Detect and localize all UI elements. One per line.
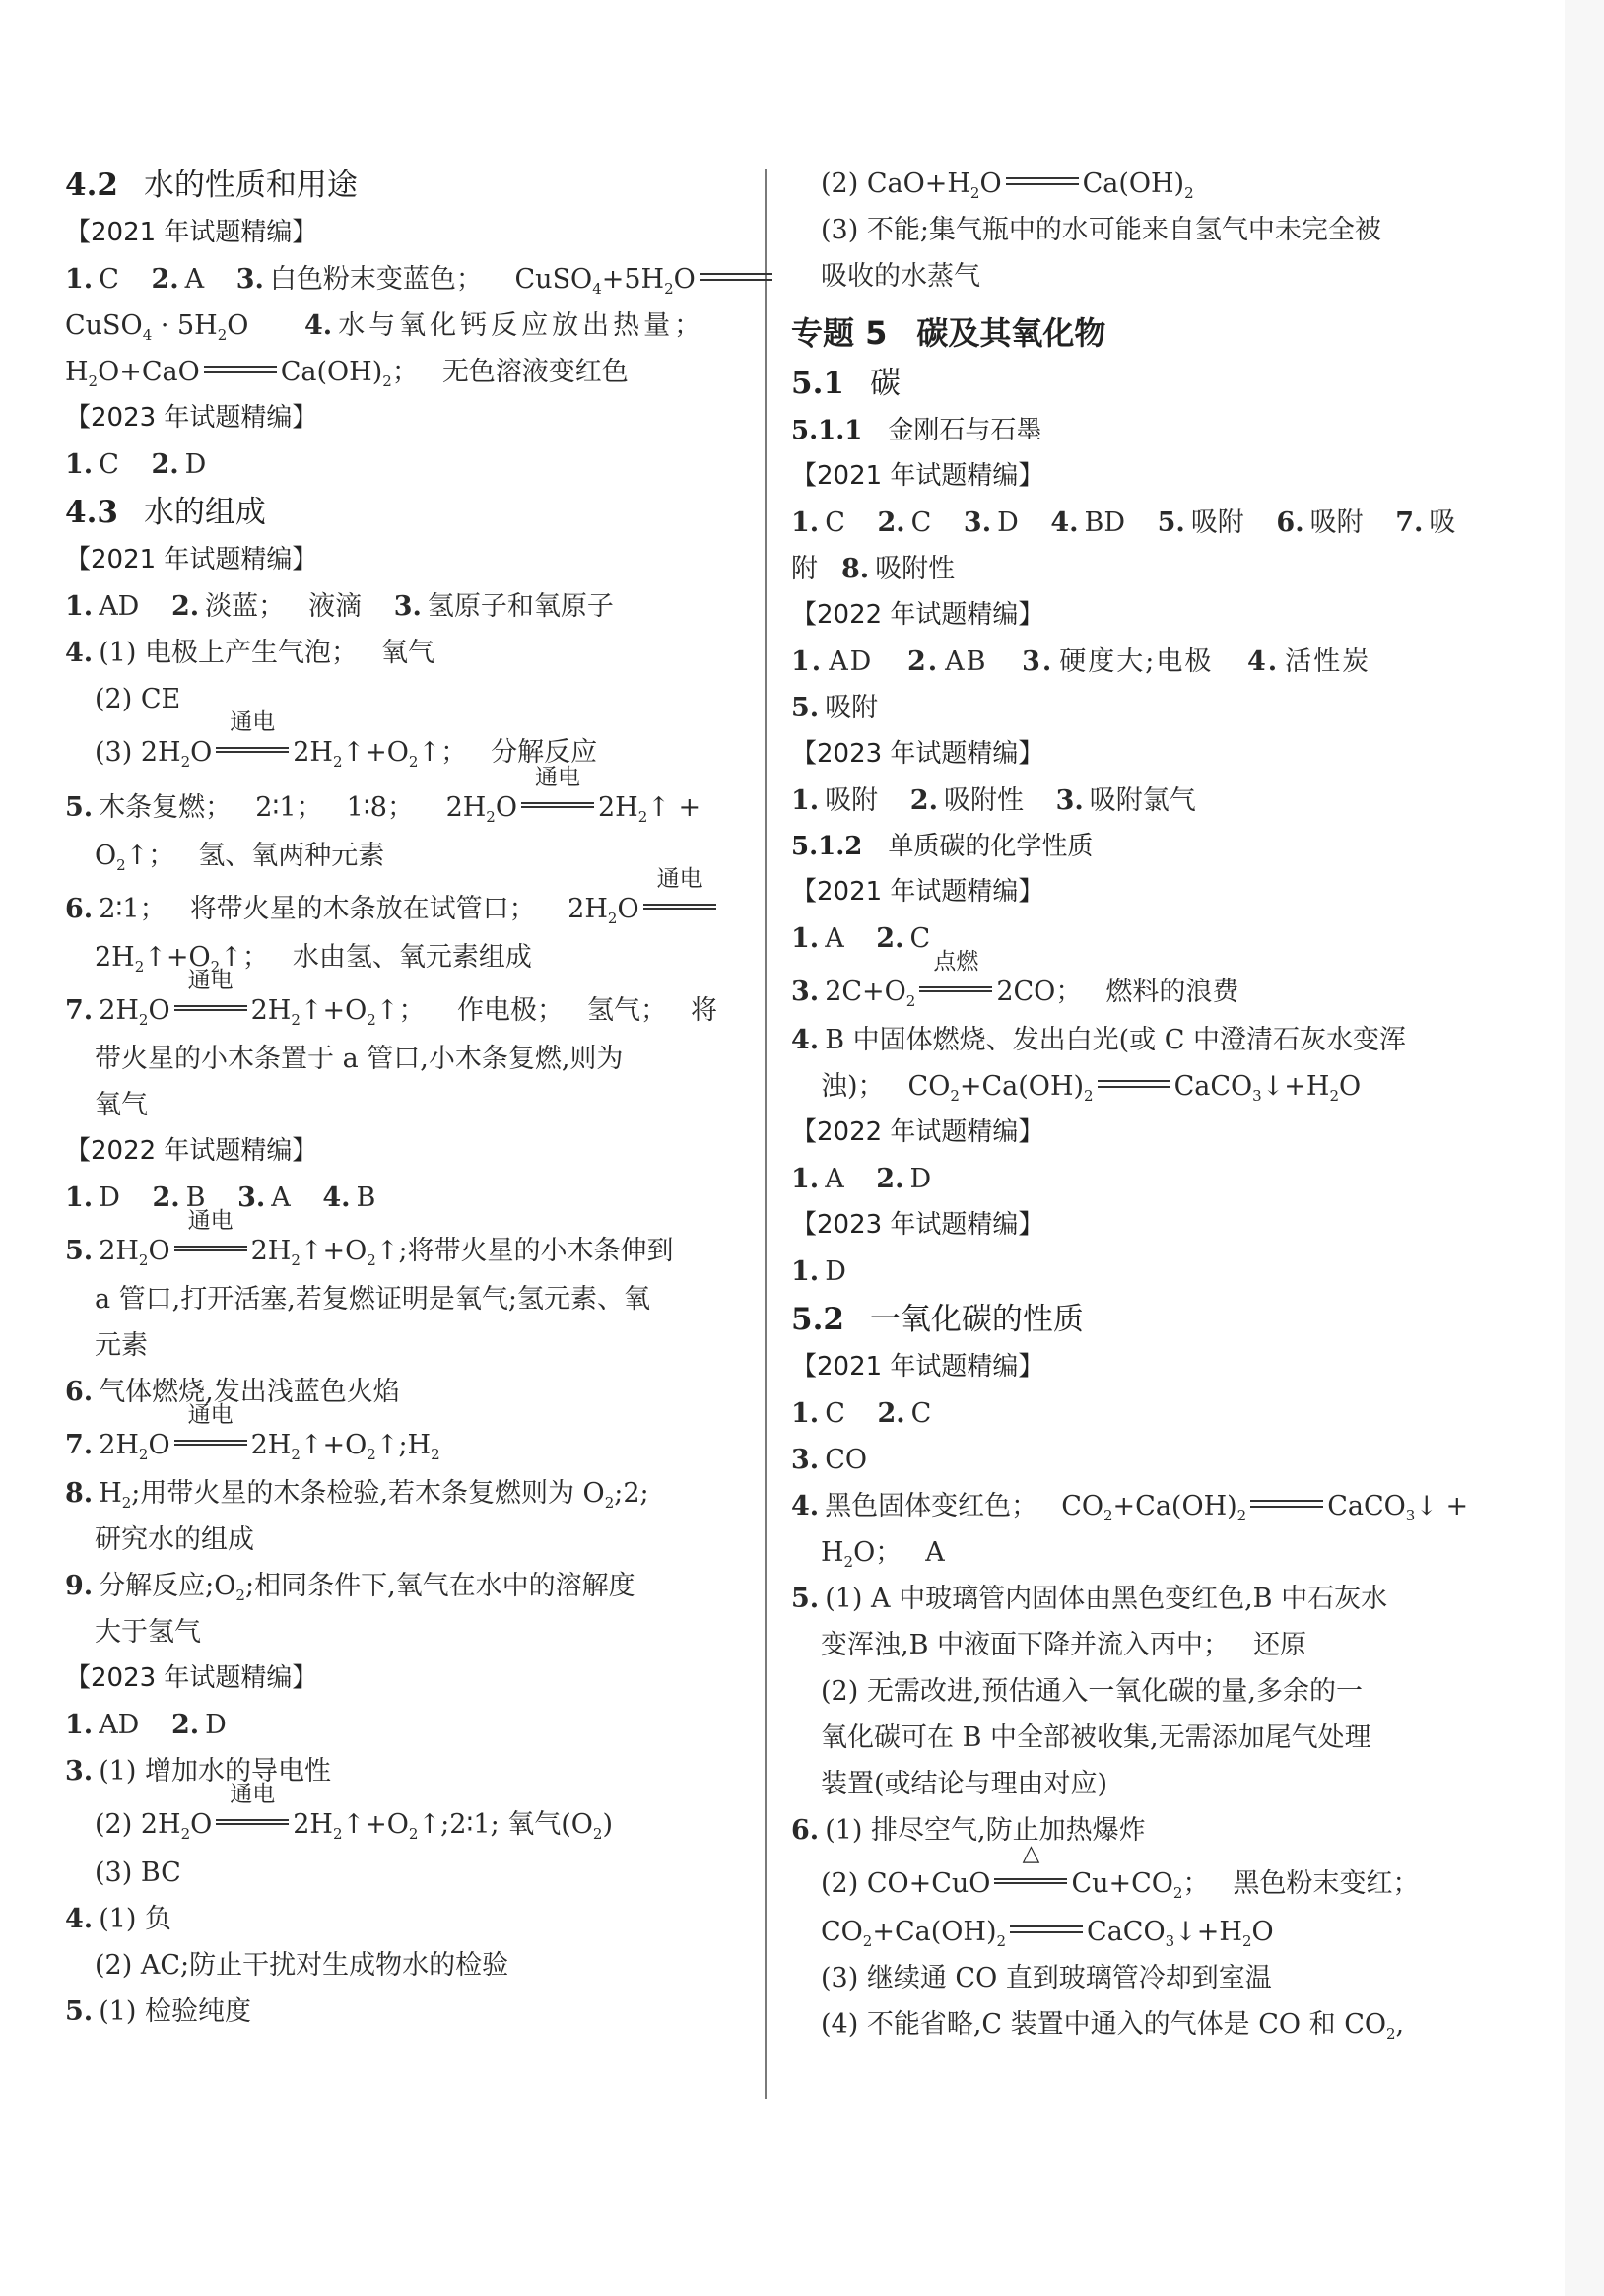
equals-bar (994, 1878, 1067, 1884)
answer-line: 1.AD 2.淡蓝；液滴 3.氢原子和氧原子 (65, 583, 735, 630)
subscript: 2 (605, 1494, 615, 1512)
answer-text: 2CO； (996, 977, 1082, 1007)
answer-text: 黑色固体变红色； (825, 1491, 1037, 1521)
answer-text: 专题 5 (791, 314, 887, 352)
question-number: 3. (964, 507, 991, 538)
question-number: 2. (910, 785, 938, 816)
answer-text: D (997, 507, 1019, 538)
subscript: 3 (1166, 1932, 1175, 1950)
answer-line: 1.C 2.D (65, 441, 735, 488)
answer-text: CO (821, 1917, 863, 1947)
answer-text: 2H (99, 995, 139, 1026)
answer-text: 氢原子和氧原子 (428, 591, 614, 622)
answer-text: 吸附 (1310, 507, 1364, 538)
answer-text: 2H (99, 1430, 139, 1460)
question-number: 2. (171, 1710, 199, 1740)
question-number: 5. (65, 1236, 93, 1266)
section-heading-4-2: 4.2水的性质和用途 (65, 161, 735, 210)
question-number: 6. (65, 1377, 93, 1407)
question-number: 8. (841, 554, 869, 584)
question-number: 1. (791, 785, 819, 816)
answer-text: O (979, 169, 1001, 199)
answer-text: 碳 (870, 366, 901, 401)
answer-text: 变浑浊,B 中液面下降并流入丙中； (821, 1630, 1230, 1660)
equals-bar (919, 986, 992, 992)
answer-text: (1) A 中玻璃管内固体由黑色变红色,B 中石灰水 (825, 1584, 1387, 1614)
answer-text: 吸附 (1191, 507, 1244, 538)
answer-text: 点燃 (919, 949, 992, 975)
answer-line: (3) BC (65, 1850, 735, 1896)
question-number: 1. (65, 1710, 93, 1740)
answer-text: (3) 2H (95, 737, 181, 768)
equation-line: 3.2C+O2点燃2CO；燃料的浪费 (791, 962, 1461, 1017)
equals-bar (204, 366, 277, 373)
answer-text: +Ca(OH) (872, 1917, 996, 1947)
reaction-condition: 通电 (643, 896, 716, 915)
answer-line: H2O+CaOCa(OH)2；无色溶液变红色 (65, 349, 735, 395)
answer-text: CuSO (515, 264, 593, 295)
answer-text: CO (908, 1071, 951, 1102)
reaction-condition: △ (994, 1870, 1067, 1890)
answer-text: 2∶1； (99, 894, 166, 924)
question-number: 3. (394, 591, 422, 622)
question-number: 5. (1158, 507, 1185, 538)
answer-text: 氢、氧两种元素 (198, 841, 384, 871)
answer-text: 4.2 (65, 168, 118, 203)
answer-line: 1.AD 2.D (65, 1702, 735, 1748)
answer-line: 1.吸附 2.吸附性 3.吸附氯气 (791, 777, 1461, 824)
answer-line: 4.(1) 电极上产生气泡；氧气 (65, 630, 735, 676)
answer-text: 水与氧化钙反应放出热量； (338, 310, 704, 341)
answer-text: ↑； (376, 995, 426, 1026)
answer-text: C (911, 507, 932, 538)
answer-line: 元素 (65, 1322, 735, 1369)
question-number: 4. (1050, 507, 1078, 538)
question-number: 2. (151, 264, 178, 295)
subscript: 2 (181, 1825, 191, 1843)
answer-line: 9.分解反应;O2;相同条件下,氧气在水中的溶解度 (65, 1563, 735, 1609)
equals-bar (1098, 1080, 1170, 1088)
answer-text: (2) 2H (95, 1809, 181, 1840)
subscript: 2 (1237, 1507, 1247, 1524)
year-label: 【2022 年试题精编】 (65, 1128, 735, 1175)
subscript: 4 (143, 326, 153, 344)
answer-text: (1) 电极上产生气泡； (99, 638, 358, 668)
subscript: 2 (382, 372, 392, 390)
answer-text: 通电 (174, 968, 247, 993)
answer-text: 无色溶液变红色 (442, 357, 629, 387)
answer-line: 1.A 2.D (791, 1156, 1461, 1202)
answer-line: H2O；A (791, 1529, 1461, 1576)
answer-text: C (911, 1398, 932, 1429)
answer-text: B 中固体燃烧、发出白光(或 C 中澄清石灰水变浑 (825, 1025, 1406, 1055)
question-number: 3. (791, 977, 819, 1007)
answer-text: 5.1.2 (791, 832, 862, 861)
answer-text: 还原 (1253, 1630, 1306, 1660)
question-number: 1. (791, 507, 819, 538)
question-number: 3. (1056, 785, 1084, 816)
question-number: 2. (151, 449, 178, 480)
answer-text: 作电极； (457, 995, 564, 1026)
answer-line: 氧化碳可在 B 中全部被收集,无需添加尾气处理 (791, 1715, 1461, 1761)
answer-line: (3) 不能;集气瓶中的水可能来自氢气中未完全被 (791, 207, 1461, 253)
answer-text: CaCO (1327, 1491, 1406, 1521)
subscript: 2 (135, 958, 145, 976)
answer-text: 将带火星的木条放在试管口； (190, 894, 536, 924)
question-number: 5. (791, 693, 819, 723)
subsection-heading-5-1-2: 5.1.2单质碳的化学性质 (791, 824, 1461, 869)
subscript: 2 (291, 1251, 301, 1269)
answer-line: 5.(1) 检验纯度 (65, 1989, 735, 2035)
answer-text: ↑+O (343, 1809, 409, 1840)
reaction-condition: 通电 (521, 794, 594, 814)
answer-line: 4.B 中固体燃烧、发出白光(或 C 中澄清石灰水变浑 (791, 1017, 1461, 1063)
answer-text: ↓ + (1415, 1491, 1468, 1521)
answer-text: ↑+O (301, 1236, 367, 1266)
answer-line: 3.(1) 增加水的导电性 (65, 1748, 735, 1794)
answer-text: (4) 不能省略,C 装置中通入的气体是 CO 和 CO (821, 2009, 1386, 2040)
answer-line: 3.CO (791, 1437, 1461, 1483)
question-number: 2. (171, 591, 199, 622)
answer-text: O (617, 894, 638, 924)
answer-text: (1) 检验纯度 (99, 1996, 251, 2027)
equation-line: 6.2∶1；将带火星的木条放在试管口； 2H2O通电 (65, 879, 735, 934)
answer-text: CuSO (65, 310, 143, 341)
equation-line: CO2+Ca(OH)2CaCO3↓+H2O (791, 1909, 1461, 1955)
answer-text: A (271, 1182, 291, 1213)
answer-line: 1.D 2.B 3.A 4.B (65, 1175, 735, 1221)
question-number: 4. (791, 1491, 819, 1521)
answer-text: +Ca(OH) (1113, 1491, 1237, 1521)
answer-text: 2H (251, 995, 292, 1026)
answer-text: CO (825, 1445, 867, 1475)
year-label: 【2021 年试题精编】 (65, 537, 735, 583)
answer-text: (2) CO+CuO (821, 1868, 990, 1899)
question-number: 2. (876, 923, 903, 954)
question-number: 7. (65, 1430, 93, 1460)
answer-text: (1) 增加水的导电性 (99, 1756, 331, 1787)
answer-text: D (99, 1182, 120, 1213)
answer-text: 2H (251, 1430, 292, 1460)
question-number: 5. (65, 792, 93, 823)
subscript: 2 (970, 184, 980, 202)
answer-text: 硬度大;电极 (1059, 646, 1213, 677)
subscript: 2 (1103, 1507, 1113, 1524)
answer-text: +Ca(OH) (960, 1071, 1084, 1102)
question-number: 5. (791, 1584, 819, 1614)
subscript: 2 (844, 1553, 854, 1571)
question-number: 4. (65, 638, 93, 668)
answer-line: 带火星的小木条置于 a 管口,小木条复燃,则为 (65, 1036, 735, 1082)
answer-line: a 管口,打开活塞,若复燃证明是氧气;氢元素、氧 (65, 1276, 735, 1322)
answer-text: A (825, 1164, 844, 1194)
question-number: 1. (791, 1164, 819, 1194)
equals-bar (521, 802, 594, 808)
answer-text: 通电 (216, 709, 289, 735)
answer-text: ； (392, 357, 419, 387)
answer-text: 通电 (521, 765, 594, 790)
subscript: 2 (218, 326, 228, 344)
answer-line: (2) 无需改进,预估通入一氧化碳的量,多余的一 (791, 1668, 1461, 1715)
question-number: 2. (877, 1398, 904, 1429)
answer-text: A (925, 1537, 945, 1568)
chapter-heading: 专题 5碳及其氧化物 (791, 307, 1461, 359)
answer-text: AB (945, 646, 987, 677)
answer-text: 4.3 (65, 495, 118, 530)
answer-text: Ca(OH) (1083, 169, 1185, 199)
answer-text: ↓+H (1262, 1071, 1330, 1102)
answer-line: 氧气 (65, 1082, 735, 1128)
subscript: 2 (638, 808, 648, 826)
equation-line: 7.2H2O通电2H2↑+O2↑;H2 (65, 1415, 735, 1470)
question-number: 4. (1247, 646, 1279, 677)
subscript: 2 (664, 280, 674, 298)
subscript: 2 (367, 1446, 376, 1463)
answer-text: ↑;H (376, 1430, 431, 1460)
answer-text: 碳及其氧化物 (916, 314, 1105, 352)
equals-bar (1010, 1925, 1083, 1933)
subscript: 3 (1252, 1087, 1262, 1105)
answer-line: O2↑；氢、氧两种元素 (65, 833, 735, 879)
reaction-condition: 通电 (174, 997, 247, 1017)
subscript: 2 (1084, 1087, 1094, 1105)
answer-text: O (148, 1430, 169, 1460)
section-heading-5-2: 5.2一氧化碳的性质 (791, 1295, 1461, 1344)
answer-text: 5.1 (791, 366, 844, 401)
equals-bar (700, 273, 772, 281)
subscript: 2 (367, 1251, 376, 1269)
subscript: 2 (235, 1587, 245, 1604)
answer-text: O； (853, 1537, 902, 1568)
answer-text: ↑； (418, 737, 467, 768)
answer-text: (2) CaO+H (821, 169, 970, 199)
right-column: (2) CaO+H2OCa(OH)2 (3) 不能;集气瓶中的水可能来自氢气中未… (791, 161, 1461, 2048)
answer-line: 1.C 2.C (791, 1390, 1461, 1437)
answer-text: D (185, 449, 207, 480)
equals-bar (1006, 177, 1079, 185)
year-label: 【2023 年试题精编】 (65, 1655, 735, 1702)
year-label: 【2021 年试题精编】 (791, 453, 1461, 500)
answer-text: 单质碳的化学性质 (888, 832, 1093, 861)
answer-text: 气体燃烧,发出浅蓝色火焰 (99, 1377, 400, 1407)
equals-bar (174, 1005, 247, 1011)
subscript: 2 (333, 753, 343, 771)
question-number: 3. (1022, 646, 1053, 677)
answer-text: D (205, 1710, 227, 1740)
answer-text: 通电 (643, 866, 716, 892)
answer-text: 淡蓝； (205, 591, 285, 622)
answer-line: CuSO4 · 5H2O 4.水与氧化钙反应放出热量； (65, 303, 735, 349)
answer-text: ↑;2∶1; 氧气(O (418, 1809, 592, 1840)
answer-text: AD (99, 591, 139, 622)
year-label: 【2021 年试题精编】 (791, 869, 1461, 915)
subscript: 2 (116, 856, 126, 874)
subsection-heading-5-1-1: 5.1.1金刚石与石墨 (791, 408, 1461, 453)
year-label: 【2022 年试题精编】 (791, 592, 1461, 639)
subscript: 2 (863, 1932, 873, 1950)
equation-line: 7.2H2O通电2H2↑+O2↑； 作电极；氢气；将 (65, 980, 735, 1036)
page-edge-shadow (1565, 0, 1604, 2296)
answer-line: 8.H2;用带火星的木条检验,若木条复燃则为 O2;2; (65, 1470, 735, 1517)
subscript: 2 (367, 1011, 376, 1029)
answer-text: ;2; (614, 1478, 648, 1509)
question-number: 1. (791, 1398, 819, 1429)
answer-text: 5.1.1 (791, 416, 862, 445)
answer-line: (4) 不能省略,C 装置中通入的气体是 CO 和 CO2, (791, 2001, 1461, 2048)
answer-text: O (227, 310, 248, 341)
answer-text: 2H (95, 942, 135, 973)
year-label: 【2023 年试题精编】 (791, 731, 1461, 777)
subscript: 2 (181, 753, 191, 771)
answer-text: ;相同条件下,氧气在水中的溶解度 (245, 1571, 635, 1601)
answer-text: D (825, 1256, 846, 1287)
question-number: 3. (65, 1756, 93, 1787)
answer-text: 吸附氯气 (1090, 785, 1196, 816)
subscript: 2 (1184, 184, 1194, 202)
answer-text: O (190, 1809, 212, 1840)
answer-text: A (825, 923, 844, 954)
answer-text: +5H (602, 264, 664, 295)
answer-line: 1.D (791, 1249, 1461, 1295)
question-number: 1. (791, 923, 819, 954)
subscript: 2 (291, 1011, 301, 1029)
answer-text: 吸附性 (875, 554, 955, 584)
answer-line: (2) CE (65, 676, 735, 722)
question-number: 1. (65, 449, 93, 480)
subscript: 4 (592, 280, 602, 298)
answer-text: D (909, 1164, 931, 1194)
answer-line: 4.(1) 负 (65, 1896, 735, 1942)
left-column: 4.2水的性质和用途 【2021 年试题精编】 1.C 2.A 3.白色粉末变蓝… (65, 161, 735, 2035)
subscript: 2 (122, 1494, 132, 1512)
answer-text: 通电 (174, 1402, 247, 1428)
answer-text: 金刚石与石墨 (888, 416, 1041, 445)
answer-line: 附8.吸附性 (791, 546, 1461, 592)
equals-bar (216, 1819, 289, 1825)
answer-text: BD (1085, 507, 1126, 538)
subscript: 2 (431, 1446, 440, 1463)
answer-text: CaCO (1174, 1071, 1253, 1102)
answer-text: 2H (99, 1236, 139, 1266)
answer-line: 6.(1) 排尽空气,防止加热爆炸 (791, 1807, 1461, 1854)
answer-line: 大于氢气 (65, 1609, 735, 1655)
equals-bar (174, 1440, 247, 1446)
equation-line: (2) CO+CuO△Cu+CO2；黑色粉末变红； (791, 1854, 1461, 1909)
answer-text: C (825, 1398, 845, 1429)
answer-text: 吸附 (825, 785, 878, 816)
answer-text: H (65, 357, 89, 387)
reaction-condition: 点燃 (919, 979, 992, 998)
answer-text: · 5H (152, 310, 217, 341)
answer-text: 白色粉末变蓝色； (270, 264, 483, 295)
answer-text: 2∶1； (255, 792, 322, 823)
equation-line: (2) CaO+H2OCa(OH)2 (791, 161, 1461, 207)
question-number: 1. (791, 646, 823, 677)
answer-text: 5.2 (791, 1302, 844, 1337)
answer-line: 6.气体燃烧,发出浅蓝色火焰 (65, 1369, 735, 1415)
answer-text: ) (602, 1809, 613, 1840)
answer-line: 1.A 2.C (791, 915, 1461, 962)
answer-text: ↑ + (647, 792, 701, 823)
question-number: 2. (907, 646, 939, 677)
answer-text: 将 (691, 995, 717, 1026)
answer-text: ↑； (126, 841, 175, 871)
answer-text: , (1396, 2009, 1405, 2040)
answer-text: 氧气 (381, 638, 434, 668)
question-number: 3. (791, 1445, 819, 1475)
answer-text: B (357, 1182, 376, 1213)
answer-text: H (99, 1478, 122, 1509)
answer-line: 5.吸附 (791, 685, 1461, 731)
answer-line: 1.C 2.A 3.白色粉末变蓝色； CuSO4+5H2O (65, 256, 735, 303)
question-number: 4. (65, 1904, 93, 1934)
question-number: 3. (236, 264, 264, 295)
answer-text: C (99, 449, 119, 480)
answer-text: 一氧化碳的性质 (870, 1302, 1084, 1337)
question-number: 5. (65, 1996, 93, 2027)
answer-line: 1.AD 2.AB 3.硬度大;电极 4.活性炭 (791, 639, 1461, 685)
equals-bar (216, 747, 289, 753)
subscript: 2 (1329, 1087, 1339, 1105)
question-number: 2. (876, 1164, 903, 1194)
answer-text: 2H (293, 1809, 333, 1840)
equation-line: (3) 2H2O通电2H2↑+O2↑；分解反应 (65, 722, 735, 777)
answer-text: 2H (446, 792, 487, 823)
question-number: 9. (65, 1571, 93, 1601)
answer-text: 2H (598, 792, 638, 823)
subscript: 3 (1406, 1507, 1416, 1524)
answer-text: 2H (568, 894, 608, 924)
equals-bar (1250, 1500, 1323, 1508)
answer-line: 2H2↑+O2↑；水由氢、氧元素组成 (65, 934, 735, 980)
answer-text: (1) 排尽空气,防止加热爆炸 (825, 1815, 1145, 1846)
question-number: 1. (65, 1182, 93, 1213)
answer-text: Ca(OH) (281, 357, 383, 387)
answer-text: 附 (791, 554, 818, 584)
answer-text: 木条复燃； (99, 792, 232, 823)
subscript: 2 (906, 992, 916, 1010)
answer-text: ↑+O (301, 1430, 367, 1460)
answer-text: AD (99, 1710, 139, 1740)
answer-text: ↓+H (1174, 1917, 1242, 1947)
reaction-condition: 通电 (216, 739, 289, 759)
answer-text: 通电 (216, 1782, 289, 1807)
question-number: 6. (1276, 507, 1303, 538)
answer-line: (2) AC;防止干扰对生成物水的检验 (65, 1942, 735, 1989)
subscript: 2 (486, 808, 496, 826)
answer-text: A (185, 264, 205, 295)
question-number: 2. (877, 507, 904, 538)
equation-line: (2) 2H2O通电2H2↑+O2↑;2∶1; 氧气(O2) (65, 1794, 735, 1850)
section-heading-4-3: 4.3水的组成 (65, 488, 735, 537)
answer-text: 分解反应;O (99, 1571, 235, 1601)
question-number: 6. (65, 894, 93, 924)
answer-text: 水由氢、氧元素组成 (293, 942, 532, 973)
answer-text: 分解反应 (491, 737, 597, 768)
answer-text: 1∶8； (347, 792, 414, 823)
question-number: 1. (65, 264, 93, 295)
answer-text: △ (994, 1841, 1067, 1866)
answer-text: ↑+O (343, 737, 409, 768)
year-label: 【2022 年试题精编】 (791, 1110, 1461, 1156)
reaction-condition: 通电 (174, 1238, 247, 1257)
answer-line: 装置(或结论与理由对应) (791, 1761, 1461, 1807)
equals-bar (643, 904, 716, 910)
answer-text: 液滴 (308, 591, 362, 622)
answer-text: 黑色粉末变红； (1233, 1868, 1419, 1899)
answer-text: H (821, 1537, 844, 1568)
question-number: 1. (791, 1256, 819, 1287)
